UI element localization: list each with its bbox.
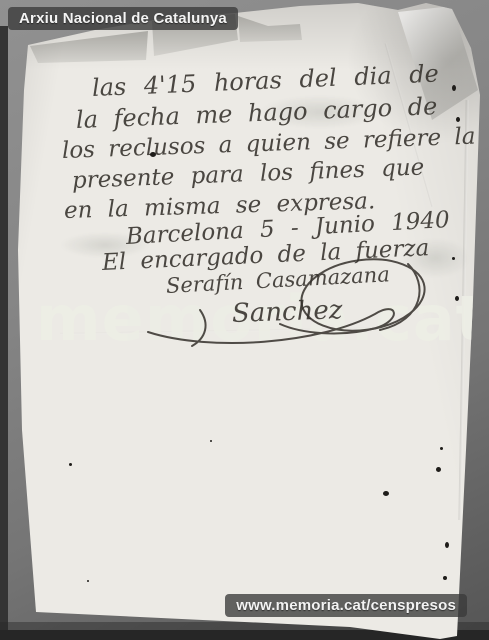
photo-edge-left: [0, 26, 8, 640]
speck: [443, 576, 447, 580]
speck: [210, 440, 212, 442]
speck: [383, 491, 389, 496]
source-url-badge: www.memoria.cat/censpresos: [225, 594, 467, 617]
speck: [69, 463, 72, 466]
speck: [455, 296, 459, 301]
signature-flourish: [140, 250, 440, 360]
speck: [440, 447, 443, 450]
ink-blot: [150, 152, 156, 157]
torn-fold-flap: [30, 31, 148, 63]
archive-name-badge: Arxiu Nacional de Catalunya: [8, 7, 238, 30]
speck: [436, 467, 441, 472]
speck: [452, 85, 456, 91]
scanned-document-photo: memoria.cat las 4'15 horas del dia de la…: [0, 0, 489, 640]
torn-fold-flap: [238, 12, 302, 42]
speck: [445, 542, 449, 548]
speck: [87, 580, 89, 582]
speck: [452, 257, 455, 260]
paper-sheet: memoria.cat las 4'15 horas del dia de la…: [0, 0, 489, 640]
speck: [456, 117, 460, 122]
